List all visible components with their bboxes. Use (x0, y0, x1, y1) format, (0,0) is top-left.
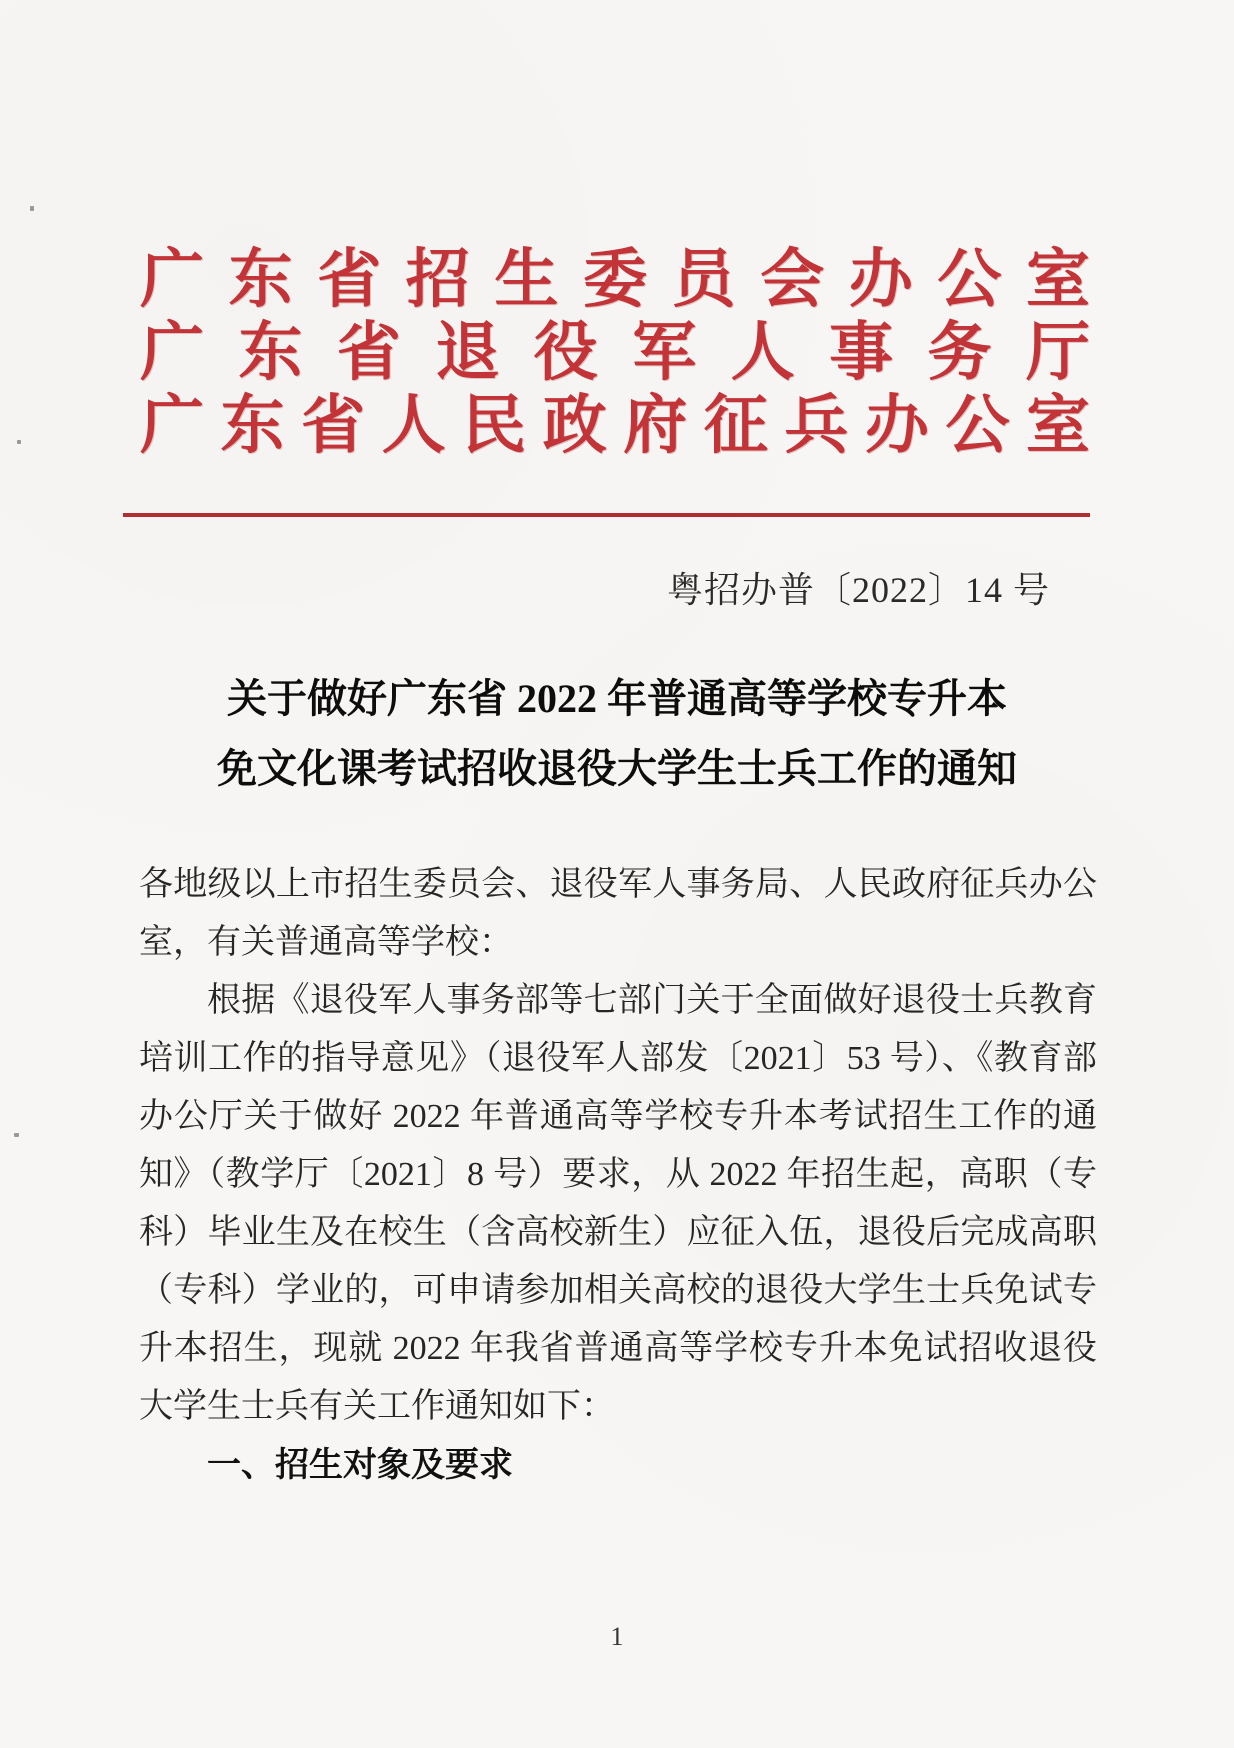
agency-name-line-2: 广东省退役军人事务厅 (140, 316, 1090, 389)
document-page: 广东省招生委员会办公室 广东省退役军人事务厅 广东省人民政府征兵办公室 粤招办普… (0, 0, 1234, 1748)
scan-artifact-dot (14, 1133, 19, 1137)
body-line: 办公厅关于做好 2022 年普通高等学校专升本考试招生工作的通 (139, 1088, 1097, 1146)
body-line: 科）毕业生及在校生（含高校新生）应征入伍，退役后完成高职 (139, 1204, 1097, 1262)
document-body: 各地级以上市招生委员会、退役军人事务局、人民政府征兵办公 室，有关普通高等学校：… (139, 856, 1097, 1494)
scan-artifact-dot (30, 206, 34, 211)
body-line: 升本招生，现就 2022 年我省普通高等学校专升本免试招收退役 (139, 1320, 1097, 1378)
body-line: 各地级以上市招生委员会、退役军人事务局、人民政府征兵办公 (139, 856, 1097, 914)
body-line: （专科）学业的，可申请参加相关高校的退役大学生士兵免试专 (139, 1262, 1097, 1320)
body-line: 培训工作的指导意见》（退役军人部发〔2021〕53 号）、《教育部 (139, 1030, 1097, 1088)
agency-name-line-1: 广东省招生委员会办公室 (140, 243, 1090, 316)
body-line: 知》（教学厅〔2021〕8 号）要求，从 2022 年招生起，高职（专 (139, 1146, 1097, 1204)
body-line: 室，有关普通高等学校： (139, 914, 1097, 972)
document-title-line-1: 关于做好广东省 2022 年普通高等学校专升本 (0, 664, 1234, 734)
letterhead: 广东省招生委员会办公室 广东省退役军人事务厅 广东省人民政府征兵办公室 (140, 243, 1090, 462)
document-title-line-2: 免文化课考试招收退役大学生士兵工作的通知 (0, 734, 1234, 804)
page-number: 1 (0, 1622, 1234, 1652)
body-line: 根据《退役军人事务部等七部门关于全面做好退役士兵教育 (139, 972, 1097, 1030)
red-divider-rule (123, 513, 1090, 517)
scan-artifact-dot (17, 440, 21, 444)
document-number: 粤招办普〔2022〕14 号 (0, 562, 1050, 613)
agency-name-line-3: 广东省人民政府征兵办公室 (140, 389, 1090, 462)
section-heading: 一、招生对象及要求 (139, 1436, 1097, 1494)
document-title: 关于做好广东省 2022 年普通高等学校专升本 免文化课考试招收退役大学生士兵工… (0, 664, 1234, 804)
body-line: 大学生士兵有关工作通知如下： (139, 1378, 1097, 1436)
